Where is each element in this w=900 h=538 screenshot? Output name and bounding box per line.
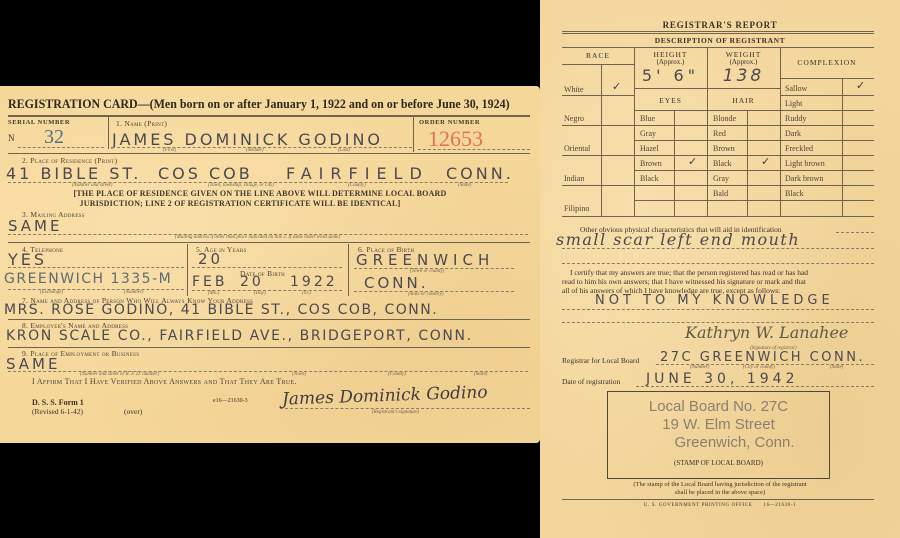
serial-number-label: SERIAL NUMBER <box>8 119 70 126</box>
dob-month: FEB <box>192 274 228 290</box>
stamp-label: (STAMP OF LOCAL BOARD) <box>608 459 829 467</box>
registration-date-value: JUNE 30, 1942 <box>646 371 799 387</box>
divider <box>8 153 530 154</box>
grid-line <box>634 170 707 171</box>
dotted-line <box>836 232 874 233</box>
form-name: D. S. S. Form 1 <box>32 398 84 407</box>
street-sublabel: (Number and street) <box>72 183 112 188</box>
dotted-line <box>8 267 184 268</box>
board-number-sublabel: (Number) <box>690 365 709 370</box>
dotted-line <box>636 386 874 387</box>
grid-line <box>780 140 874 141</box>
dotted-line <box>562 309 874 310</box>
divider <box>562 47 874 48</box>
card-title: REGISTRATION CARD—(Men born on or after … <box>8 96 510 112</box>
birthplace-town: GREENWICH <box>356 251 494 269</box>
county-sublabel: (County) <box>348 183 366 188</box>
grid-line <box>601 64 602 216</box>
check-icon: ✓ <box>761 155 770 168</box>
registrant-signature: James Dominick Godino <box>282 382 488 409</box>
eyes-hazel: Hazel <box>640 144 659 153</box>
eyes-gray: Gray <box>640 129 656 138</box>
grid-line <box>780 185 874 186</box>
age-value: 20 <box>198 250 223 268</box>
stamp-line-1: Local Board No. 27C <box>608 398 829 415</box>
grid-line <box>634 140 707 141</box>
hair-blonde: Blonde <box>713 114 736 123</box>
mailing-address-value: SAME <box>8 217 62 235</box>
signature-label: (Registrant's signature) <box>372 410 419 415</box>
race-header: RACE <box>562 51 634 60</box>
employer-value: KRON SCALE CO., FAIRFIELD AVE., BRIDGEPO… <box>6 328 473 344</box>
registrar-board-value: 27C GREENWICH CONN. <box>660 350 865 365</box>
race-oriental: Oriental <box>564 144 590 153</box>
race-indian: Indian <box>564 174 584 183</box>
exception-value: NOT TO MY KNOWLEDGE <box>595 293 834 308</box>
registrars-report-back: REGISTRAR'S REPORT DESCRIPTION OF REGIST… <box>540 0 900 538</box>
residence-street: 41 BIBLE ST. <box>6 164 141 183</box>
height-sublabel: (Approx.) <box>634 58 707 66</box>
contact-value: MRS. ROSE GODINO, 41 BIBLE ST., COS COB,… <box>4 302 438 318</box>
divider <box>562 31 874 32</box>
grid-line <box>562 95 634 96</box>
eyes-header: EYES <box>634 96 707 105</box>
divider <box>187 244 188 296</box>
weight-value: 138 <box>707 66 780 86</box>
stamp-line-2: 19 W. Elm Street <box>608 416 829 433</box>
complexion-freckled: Freckled <box>785 144 813 153</box>
telephone-exchange: GREENWICH 1335-M <box>4 271 172 287</box>
grid-line <box>634 110 780 111</box>
grid-line <box>707 185 780 186</box>
grid-line <box>562 155 634 156</box>
board-state-sublabel: (State) <box>830 365 843 370</box>
divider <box>8 319 530 320</box>
weight-sublabel: (Approx.) <box>707 58 780 66</box>
residence-note-2: JURISDICTION; LINE 2 OF REGISTRATION CER… <box>20 199 460 208</box>
grid-line <box>780 200 874 201</box>
registration-card-front: REGISTRATION CARD—(Men born on or after … <box>0 86 540 443</box>
dotted-line <box>562 248 874 249</box>
other-characteristics-value: small scar left end mouth <box>556 230 800 249</box>
dotted-line <box>280 408 530 409</box>
state-sublabel: (State) <box>474 372 487 377</box>
race-filipino: Filipino <box>564 204 589 213</box>
grid-line <box>780 155 874 156</box>
name-label: 1. Name (Print) <box>116 119 167 128</box>
check-icon: ✓ <box>612 80 621 93</box>
check-icon: ✓ <box>856 79 865 92</box>
complexion-header: COMPLEXION <box>780 58 874 67</box>
eyes-blue: Blue <box>640 114 655 123</box>
complexion-black: Black <box>785 189 804 198</box>
divider <box>8 115 530 117</box>
serial-number-value: 32 <box>44 126 64 149</box>
grid-line <box>842 78 843 216</box>
grid-line <box>634 125 707 126</box>
divider <box>348 244 349 296</box>
hair-bald: Bald <box>713 189 728 198</box>
form-code: e16—21630-3 <box>213 398 248 404</box>
grid-line <box>634 185 707 186</box>
stamp-note-1: (The stamp of the Local Board having jur… <box>540 481 900 488</box>
report-title: REGISTRAR'S REPORT <box>540 20 900 30</box>
divider <box>8 347 530 348</box>
certify-line-2: read to him his own answers; that I have… <box>562 277 806 286</box>
grid-line <box>707 125 780 126</box>
registration-date-label: Date of registration <box>562 377 620 386</box>
divider <box>8 242 530 243</box>
dotted-line <box>8 289 184 290</box>
residence-state: CONN. <box>446 164 514 183</box>
dotted-line <box>562 263 874 264</box>
grid-line <box>634 88 780 89</box>
complexion-ruddy: Ruddy <box>785 114 806 123</box>
registrar-board-label: Registrar for Local Board <box>562 356 639 365</box>
number-sublabel: (Number) <box>124 290 143 295</box>
printing-office-footer: U. S. GOVERNMENT PRINTING OFFICE 16—2163… <box>540 503 900 508</box>
grid-line <box>780 47 781 216</box>
height-value: 5' 6" <box>634 66 707 85</box>
hair-red: Red <box>713 129 726 138</box>
divider <box>562 33 874 34</box>
town-sublabel: (Town, township, village, or city) <box>208 183 274 188</box>
grid-line <box>562 125 634 126</box>
state-sublabel: (State or country) <box>408 292 444 297</box>
grid-line <box>780 125 874 126</box>
residence-county: FAIRFIELD <box>286 164 429 183</box>
grid-line <box>780 110 874 111</box>
grid-line <box>562 64 634 65</box>
hair-black: Black <box>713 159 732 168</box>
complexion-dark: Dark <box>785 129 801 138</box>
order-number-label: ORDER NUMBER <box>419 119 480 126</box>
check-icon: ✓ <box>688 155 697 168</box>
grid-line <box>707 200 780 201</box>
registrar-signature: Kathryn W. Lanahee <box>685 323 848 342</box>
grid-line <box>707 140 780 141</box>
residence-note-1: [THE PLACE OF RESIDENCE GIVEN ON THE LIN… <box>20 189 500 198</box>
hair-gray: Gray <box>713 174 729 183</box>
grid-line <box>562 216 874 217</box>
divider <box>562 499 874 500</box>
dotted-line <box>192 267 342 268</box>
dotted-line <box>418 149 530 150</box>
affirm-statement: I Affirm That I Have Verified Above Answ… <box>32 377 297 386</box>
stamp-box: Local Board No. 27C 19 W. Elm Street Gre… <box>607 391 830 479</box>
hair-header: HAIR <box>707 96 780 105</box>
serial-prefix: N <box>8 133 15 143</box>
complexion-sallow: Sallow <box>785 84 807 93</box>
grid-line <box>707 170 780 171</box>
form-revised: (Revised 6-1-42) <box>32 407 83 416</box>
mailing-sublabel: (Mailing address if other than place ind… <box>175 235 340 240</box>
state-sublabel: (State) <box>458 183 471 188</box>
certify-line-1: I certify that my answers are true; that… <box>570 268 808 277</box>
hair-brown: Brown <box>713 144 735 153</box>
report-subtitle: DESCRIPTION OF REGISTRANT <box>540 36 900 45</box>
form-over: (over) <box>124 407 142 416</box>
race-white: White <box>564 85 584 94</box>
eyes-brown: Brown <box>640 159 662 168</box>
yr-sublabel: (Yr.) <box>302 291 311 296</box>
grid-line <box>780 170 874 171</box>
dotted-line <box>18 147 104 148</box>
grid-line <box>562 185 634 186</box>
eyes-black: Black <box>640 174 659 183</box>
residence-town: COS COB <box>158 164 253 183</box>
race-negro: Negro <box>564 114 584 123</box>
complexion-light: Light <box>785 99 802 108</box>
county-sublabel: (County) <box>388 372 406 377</box>
stamp-line-3: Greenwich, Conn. <box>624 434 845 451</box>
complexion-dark-brown: Dark brown <box>785 174 823 183</box>
divider <box>413 117 414 152</box>
exchange-sublabel: (Exchange) <box>40 290 63 295</box>
stamp-note-2: shall be placed in the above space) <box>540 489 900 496</box>
divider <box>108 117 109 149</box>
grid-line <box>780 95 874 96</box>
dob-day: 20 <box>240 274 264 290</box>
grid-line <box>634 200 707 201</box>
day-sublabel: (Day) <box>254 291 266 296</box>
birthplace-state: CONN. <box>364 274 429 292</box>
complexion-light-brown: Light brown <box>785 159 825 168</box>
board-city-sublabel: (City or county) <box>743 365 775 370</box>
dob-year: 1922 <box>290 274 338 290</box>
